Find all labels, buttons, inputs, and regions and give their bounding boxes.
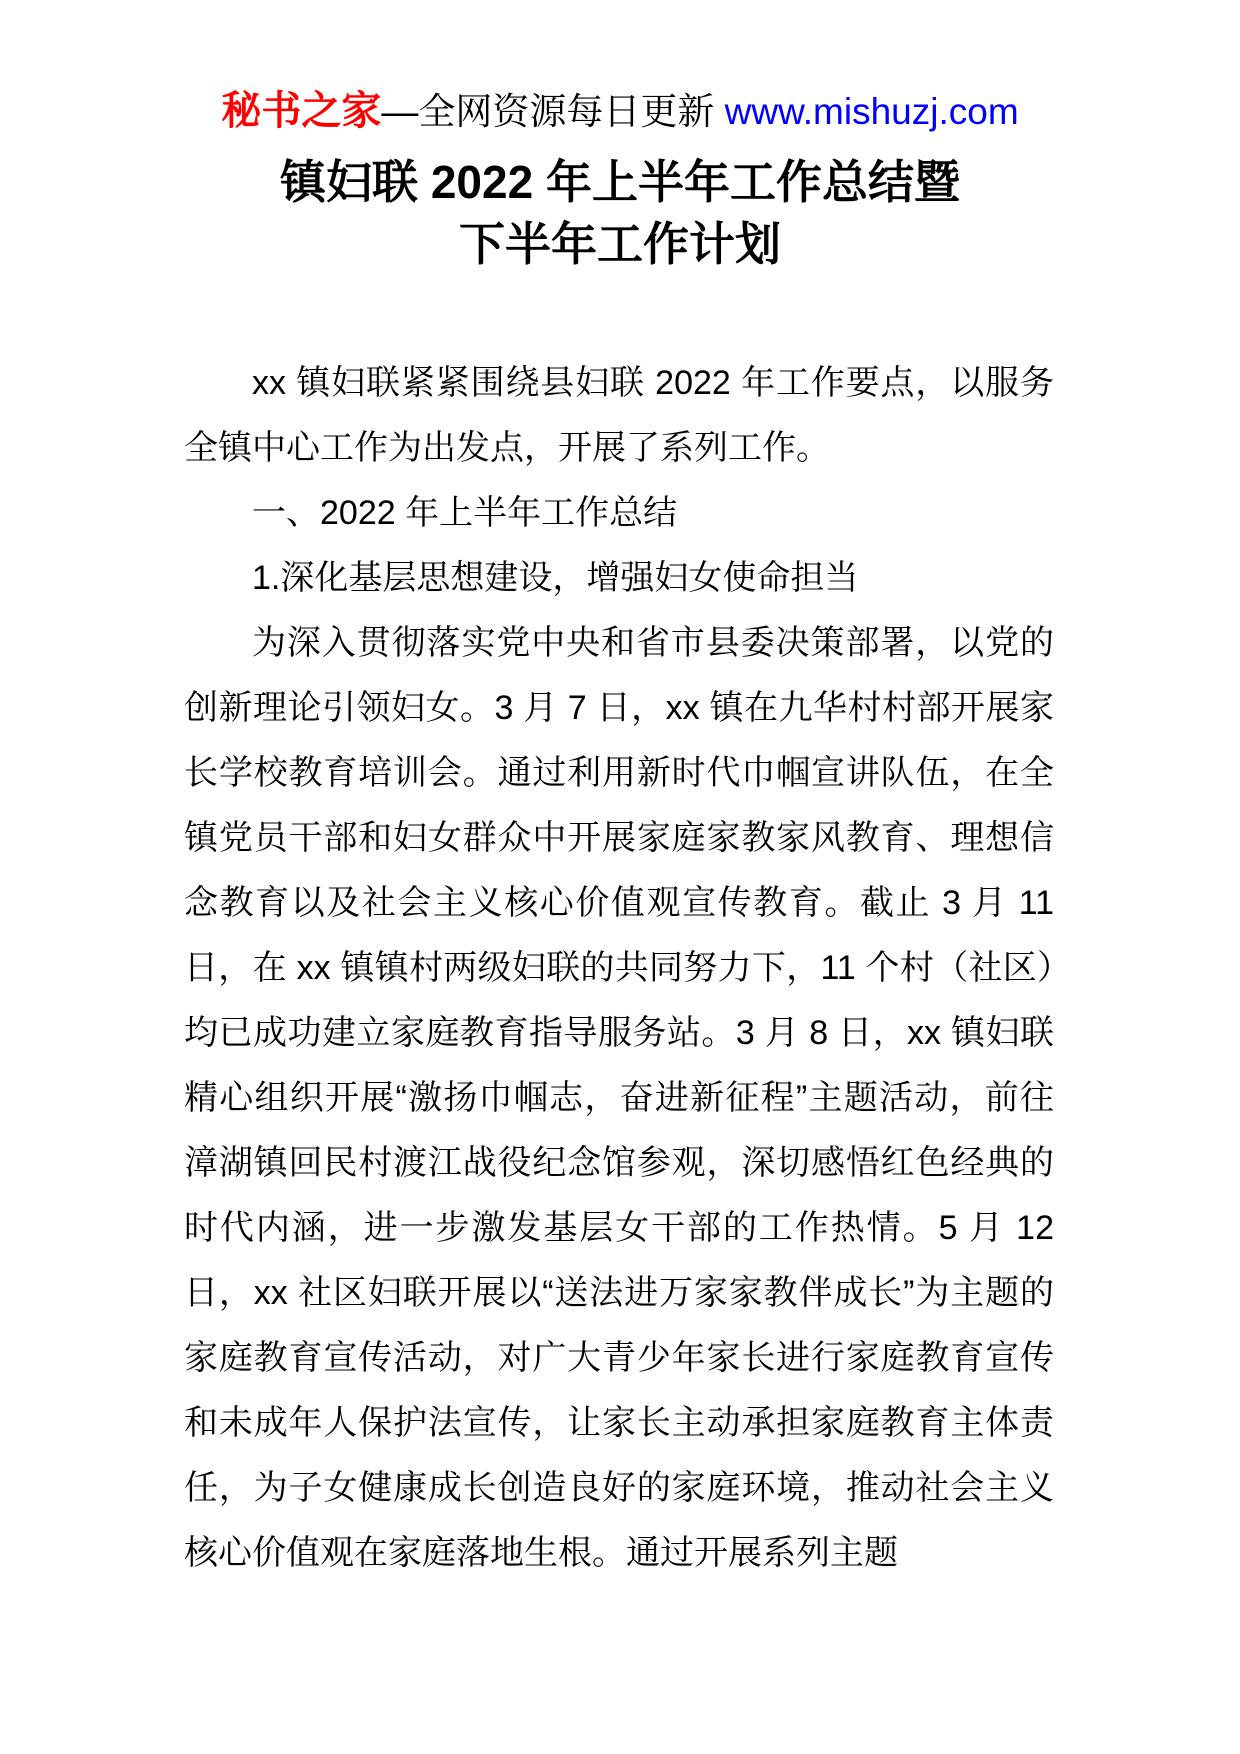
site-tagline-text: —全网资源每日更新	[381, 91, 724, 132]
paragraph-section-1-detail: 为深入贯彻落实党中央和省市县委决策部署，以党的创新理论引领妇女。3 月 7 日，…	[184, 611, 1054, 1586]
document-title: 镇妇联 2022 年上半年工作总结暨 下半年工作计划	[0, 151, 1240, 275]
document-title-line1: 镇妇联 2022 年上半年工作总结暨	[0, 151, 1240, 213]
document-title-line2: 下半年工作计划	[0, 213, 1240, 275]
paragraph-intro: xx 镇妇联紧紧围绕县妇联 2022 年工作要点，以服务全镇中心工作为出发点，开…	[184, 351, 1054, 481]
site-watermark-header: 秘书之家—全网资源每日更新 www.mishuzj.com	[0, 0, 1240, 135]
site-brand-text: 秘书之家	[221, 89, 381, 133]
subsection-heading-1-1: 1.深化基层思想建设，增强妇女使命担当	[184, 546, 1054, 611]
document-page: 秘书之家—全网资源每日更新 www.mishuzj.com 镇妇联 2022 年…	[0, 0, 1240, 1754]
site-url-link[interactable]: www.mishuzj.com	[725, 91, 1019, 132]
section-heading-1: 一、2022 年上半年工作总结	[184, 481, 1054, 546]
document-body: xx 镇妇联紧紧围绕县妇联 2022 年工作要点，以服务全镇中心工作为出发点，开…	[184, 351, 1054, 1586]
